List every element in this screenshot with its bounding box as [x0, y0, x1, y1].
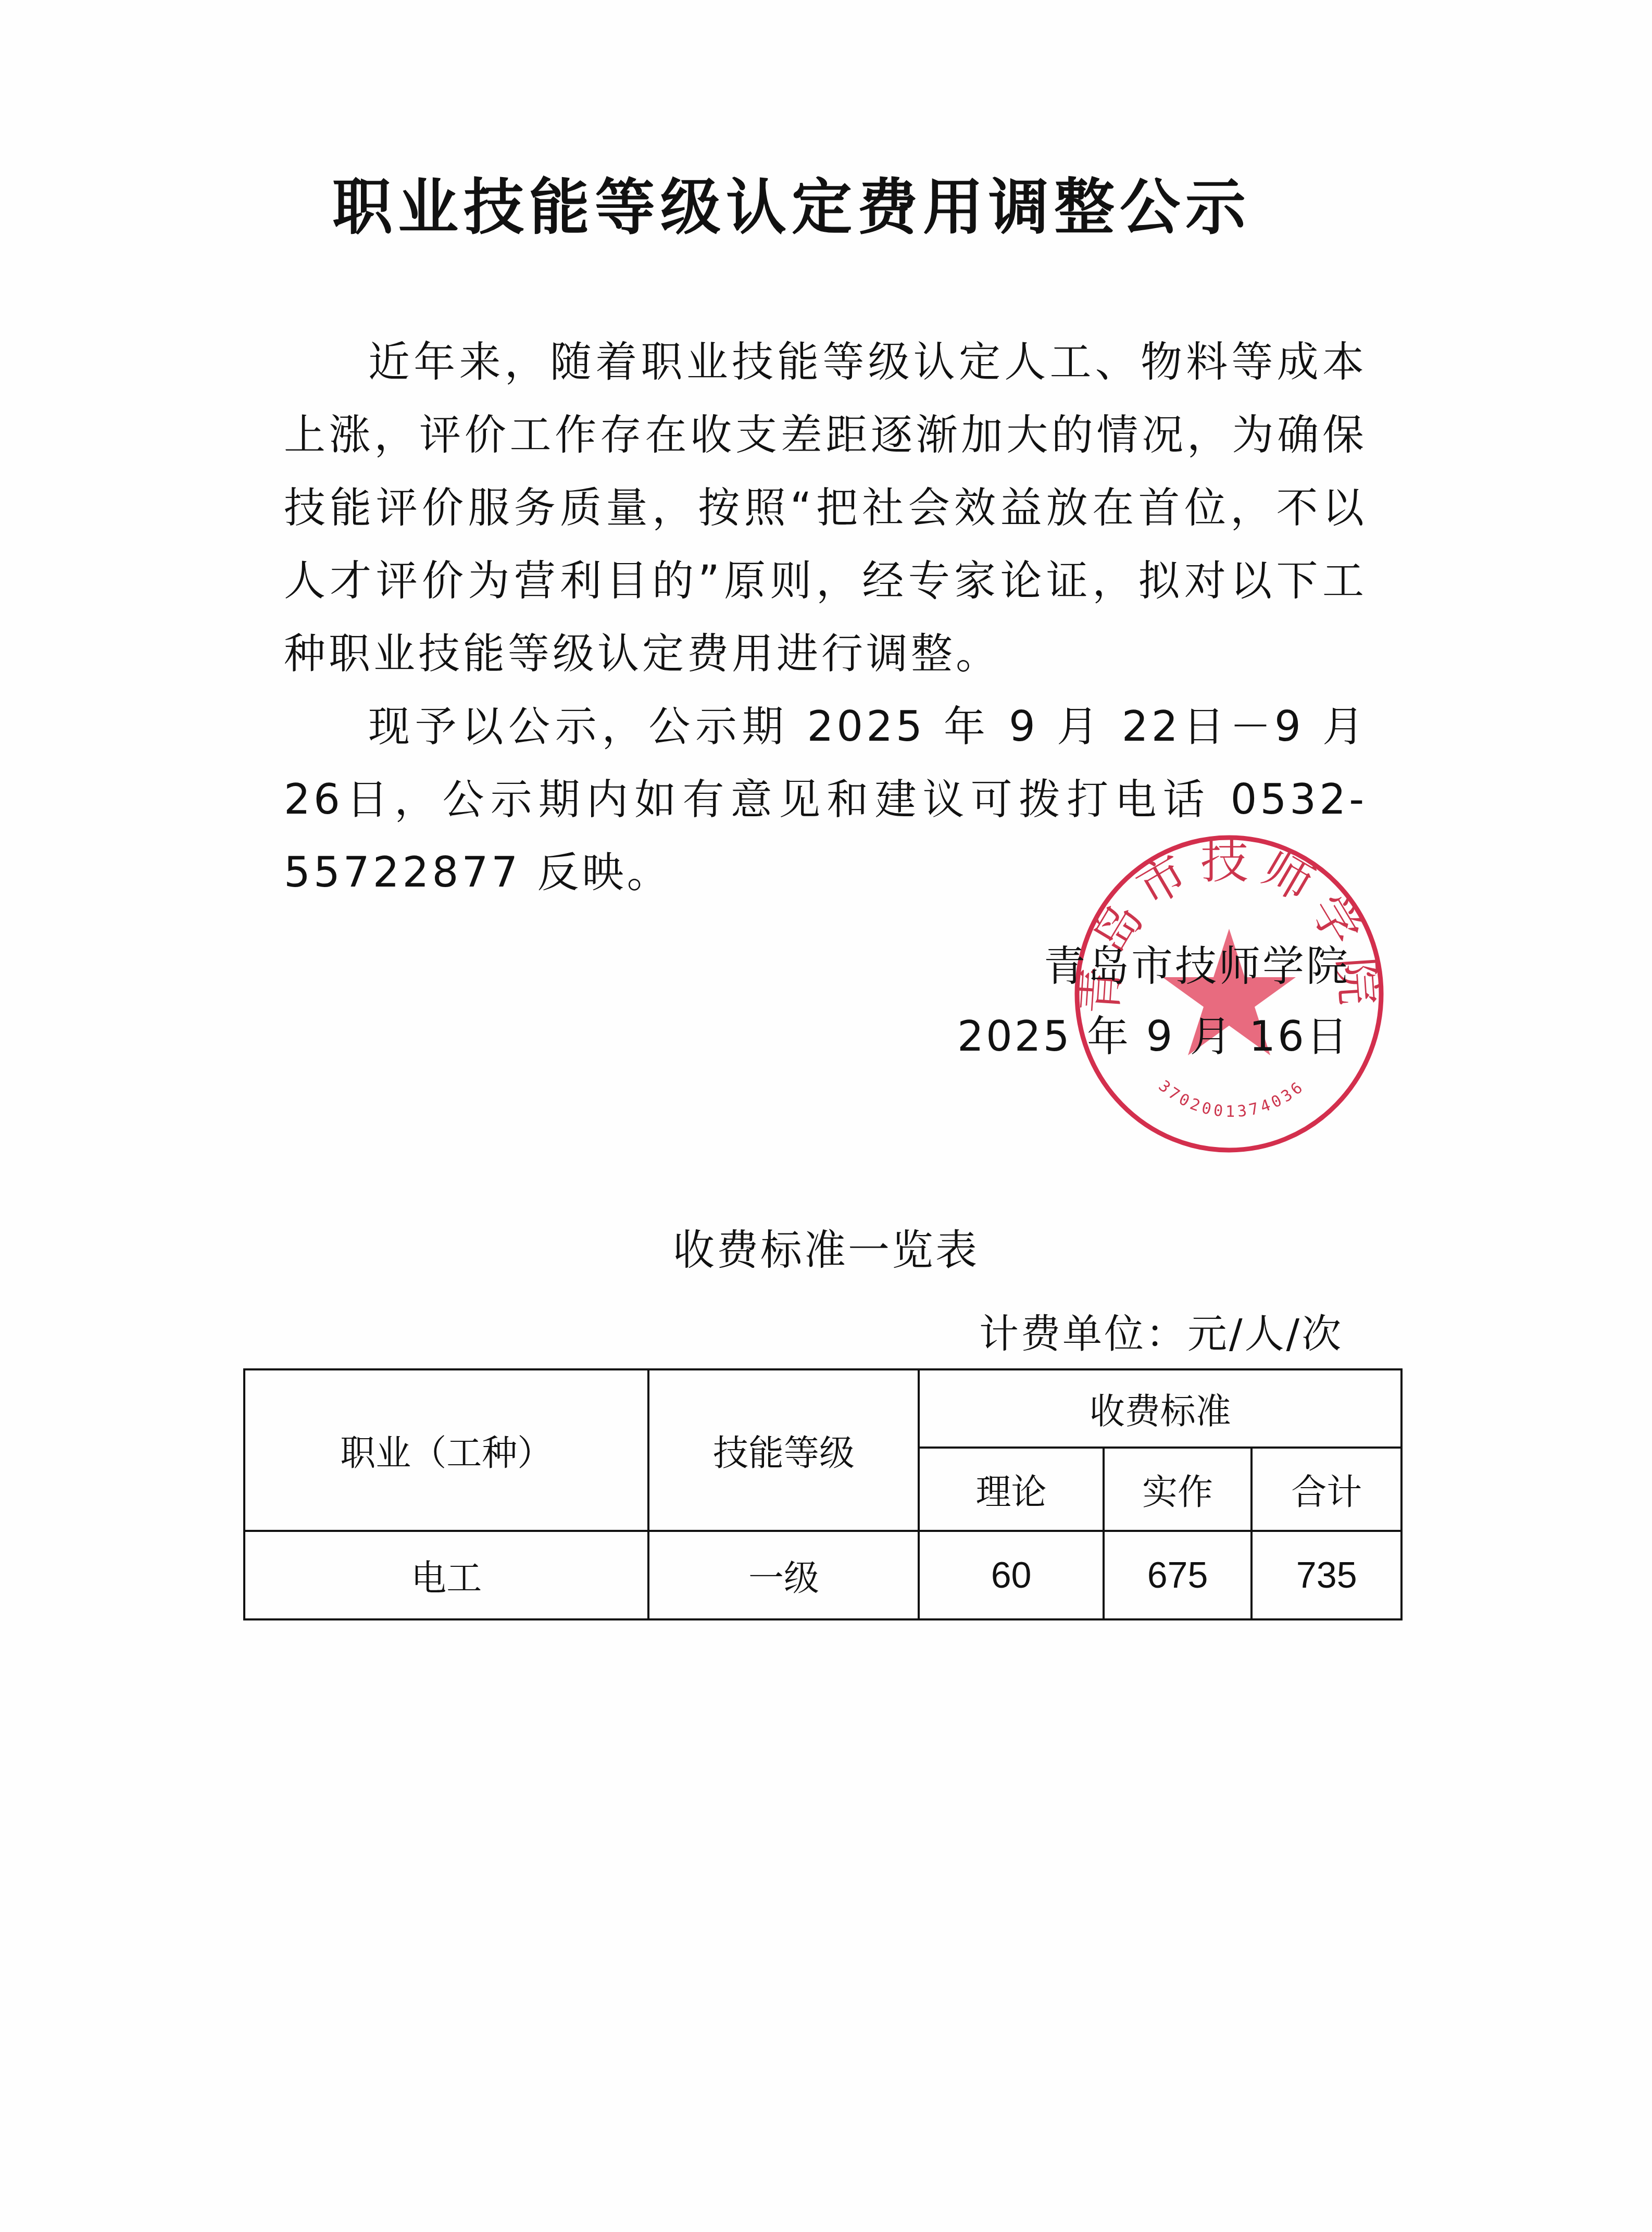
cell-total-fee: 735 [1251, 1531, 1401, 1619]
table-row: 电工 一级 60 675 735 [244, 1531, 1401, 1619]
signature-date: 2025 年 9 月 16日 [957, 1003, 1350, 1063]
fee-standard-table: 职业（工种） 技能等级 收费标准 理论 实作 合计 电工 一级 60 675 7… [243, 1368, 1403, 1620]
cell-theory-fee: 60 [919, 1531, 1103, 1619]
paragraph-intro: 近年来，随着职业技能等级认定人工、物料等成本上涨，评价工作存在收支差距逐渐加大的… [284, 326, 1367, 690]
document-page: 职业技能等级认定费用调整公示 近年来，随着职业技能等级认定人工、物料等成本上涨，… [0, 0, 1652, 2232]
header-practical: 实作 [1104, 1448, 1252, 1531]
cell-practical-fee: 675 [1104, 1531, 1252, 1619]
signature-organization: 青岛市技师学院 [1044, 932, 1350, 992]
header-theory: 理论 [919, 1448, 1103, 1531]
svg-text:3702001374036: 3702001374036 [1155, 1077, 1309, 1121]
cell-occupation: 电工 [244, 1531, 648, 1619]
table-header-row: 职业（工种） 技能等级 收费标准 [244, 1369, 1401, 1448]
header-total: 合计 [1251, 1448, 1401, 1531]
header-fee-standard: 收费标准 [919, 1369, 1401, 1448]
seal-serial: 3702001374036 [1155, 1077, 1309, 1121]
cell-skill-level: 一级 [648, 1531, 919, 1619]
fee-unit-label: 计费单位：元/人/次 [979, 1302, 1343, 1359]
header-occupation: 职业（工种） [244, 1369, 648, 1531]
official-seal-stamp: 青岛市技师学院 3702001374036 [1070, 832, 1388, 1155]
header-skill-level: 技能等级 [648, 1369, 919, 1531]
fee-table-title: 收费标准一览表 [0, 1216, 1652, 1276]
document-title: 职业技能等级认定费用调整公示 [0, 166, 1583, 249]
